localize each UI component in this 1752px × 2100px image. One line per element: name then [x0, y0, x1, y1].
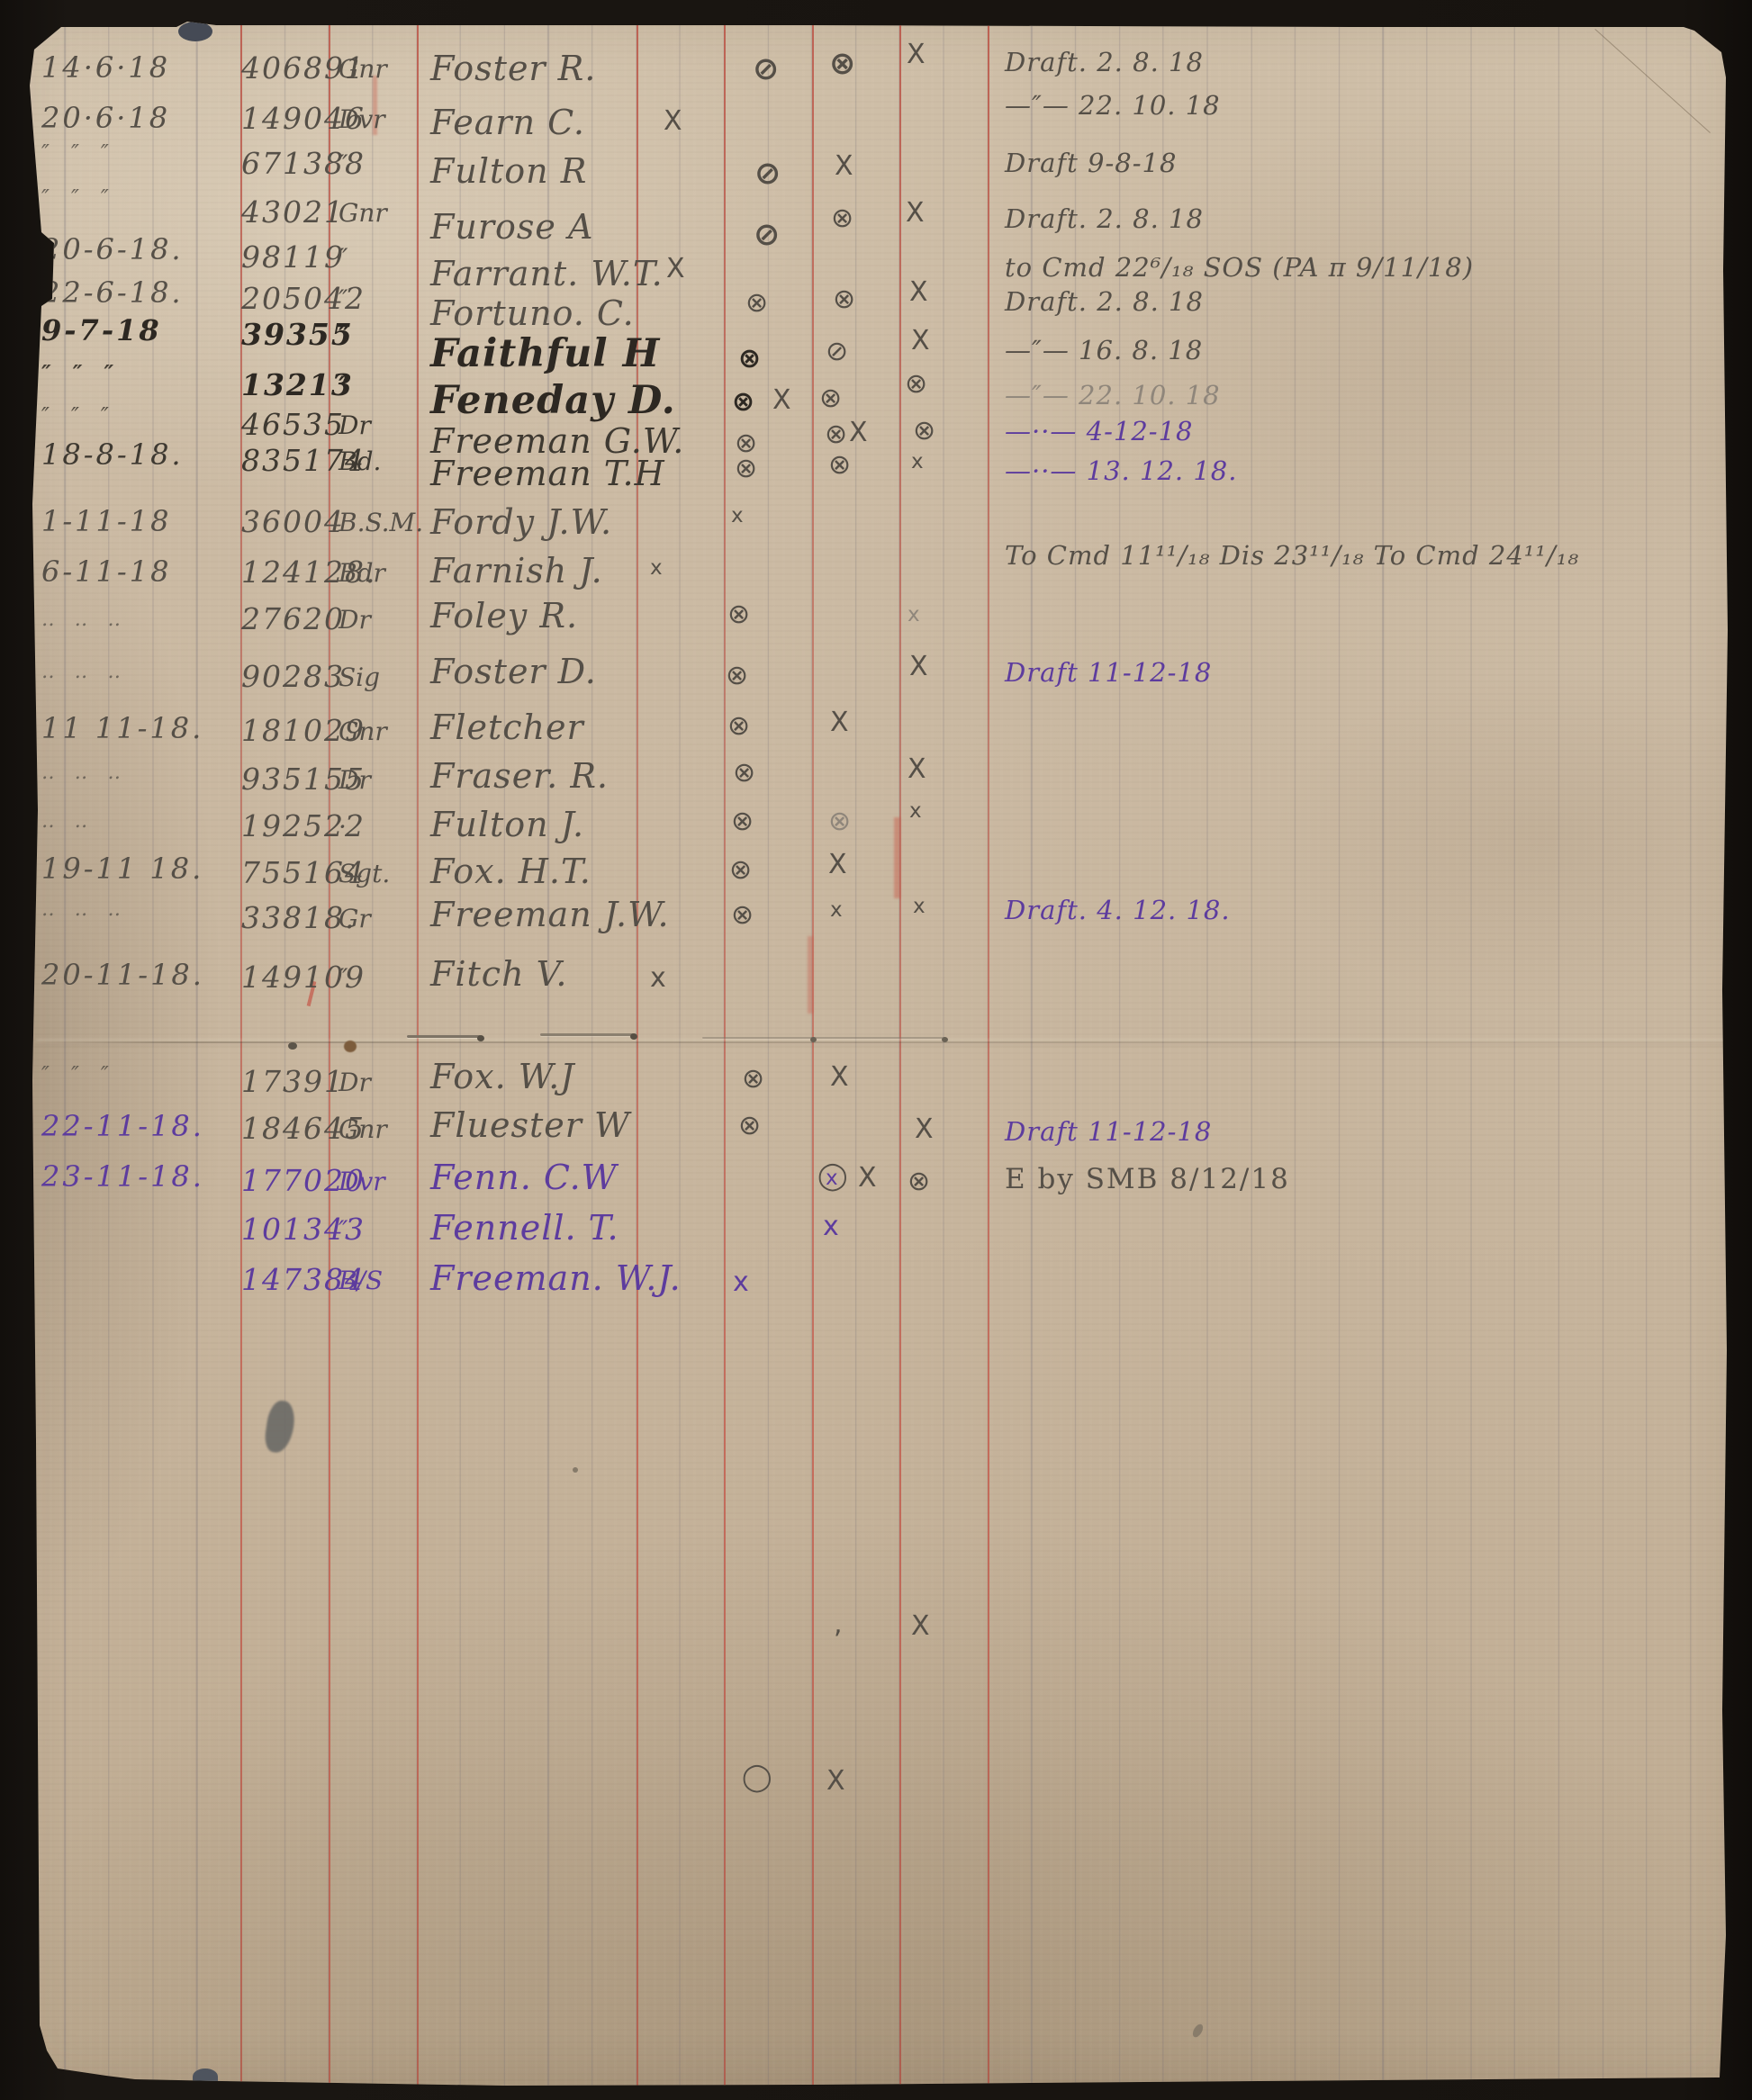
- check-mark: ⊗: [731, 808, 754, 835]
- date-cell: 14·6·18: [41, 50, 170, 85]
- check-mark: X: [830, 1064, 849, 1091]
- check-mark: X: [906, 200, 925, 227]
- check-mark: ⊗: [913, 418, 935, 445]
- name-cell: Fortuno. C.: [430, 293, 635, 333]
- check-mark: X: [911, 328, 930, 355]
- date-cell: 20-11-18.: [41, 958, 204, 992]
- rank-cell: Bdr: [339, 558, 385, 588]
- remark-cell: —··— 13. 12. 18.: [1005, 455, 1237, 486]
- rank-cell: Dr: [339, 765, 371, 795]
- name-cell: Fraser. R.: [430, 756, 609, 796]
- remark-cell: —″— 22. 10. 18: [1005, 380, 1221, 410]
- paper-speck: [573, 1467, 578, 1473]
- staple-scratch: [702, 1037, 945, 1039]
- date-cell: ″ ″ ″: [41, 403, 109, 428]
- name-cell: Farrant. W.T.: [430, 254, 664, 293]
- check-mark: X: [907, 41, 926, 68]
- check-mark: ⊗: [828, 808, 851, 835]
- remark-cell: Draft 11-12-18: [1005, 657, 1212, 688]
- check-mark: ⊗: [738, 346, 761, 373]
- check-mark: x: [911, 452, 924, 473]
- staple-speck: [810, 1037, 817, 1042]
- service-number-cell: 39355: [241, 317, 354, 352]
- date-cell: 23-11-18.: [41, 1159, 204, 1194]
- check-mark: ⊗: [828, 452, 851, 479]
- date-cell: ‥ ‥ ‥: [41, 661, 121, 683]
- check-mark: ⊗: [729, 857, 752, 884]
- rank-cell: ″: [339, 284, 348, 314]
- service-number-cell: 27620: [241, 601, 345, 636]
- remark-cell: E by SMB 8/12/18: [1005, 1163, 1290, 1195]
- name-cell: Fox. W.J: [430, 1057, 574, 1096]
- rank-cell: Dvr: [339, 104, 385, 134]
- name-cell: Fluester W: [430, 1105, 630, 1145]
- check-mark: x: [826, 1168, 838, 1189]
- check-mark: ⊘: [754, 158, 781, 190]
- name-cell: Fox. H.T.: [430, 852, 592, 891]
- scanned-ledger-page: 14·6·18406891GnrFoster R.Draft. 2. 8. 18…: [0, 0, 1752, 2100]
- check-mark: X: [908, 756, 926, 783]
- check-mark: ⊗: [738, 1113, 761, 1140]
- check-mark: X: [664, 108, 682, 135]
- remark-cell: —″— 16. 8. 18: [1005, 335, 1203, 365]
- check-mark: ⊗: [819, 385, 842, 412]
- remark-cell: Draft. 2. 8. 18: [1005, 286, 1204, 317]
- staple-speck: [477, 1035, 484, 1041]
- check-mark: x: [909, 801, 922, 822]
- check-mark: X: [858, 1165, 877, 1192]
- rank-cell: Gnr: [339, 198, 387, 228]
- staple-wire: [540, 1033, 634, 1036]
- remark-cell: Draft. 4. 12. 18.: [1005, 895, 1231, 925]
- rank-cell: ″: [339, 1215, 348, 1245]
- staple-speck: [942, 1037, 948, 1042]
- rank-cell: Dvr: [339, 1167, 385, 1196]
- check-mark: ⊗: [745, 290, 768, 317]
- service-number-cell: 17391: [241, 1064, 345, 1099]
- service-number-cell: 13213: [241, 367, 354, 402]
- check-mark: ⊗: [731, 902, 754, 929]
- remark-cell: Draft 11-12-18: [1005, 1116, 1212, 1147]
- red-ink-stain: [894, 817, 900, 898]
- check-mark: ⊘: [826, 338, 848, 365]
- service-number-cell: 90283: [241, 659, 345, 694]
- red-column-rule: [812, 25, 814, 2086]
- name-cell: Farnish J.: [430, 551, 603, 590]
- check-mark: x: [731, 506, 744, 527]
- name-cell: Freeman J.W.: [430, 895, 670, 934]
- name-cell: Furose A: [430, 207, 593, 247]
- date-cell: ″ ″ ″: [41, 1062, 109, 1087]
- name-cell: Foster D.: [430, 652, 597, 691]
- rank-cell: Gnr: [339, 717, 387, 746]
- name-cell: Fordy J.W.: [430, 502, 612, 542]
- rank-cell: Sig: [339, 662, 380, 692]
- stray-mark: ,: [834, 1611, 843, 1638]
- name-cell: Fletcher: [430, 708, 584, 747]
- remark-cell: To Cmd 11¹¹/₁₈ Dis 23¹¹/₁₈ To Cmd 24¹¹/₁…: [1005, 540, 1579, 571]
- staple-speck: [288, 1042, 297, 1050]
- remark-cell: —″— 22. 10. 18: [1005, 90, 1221, 121]
- date-cell: ″ ″ ″: [41, 140, 109, 166]
- check-mark: ⊗: [727, 601, 750, 628]
- check-mark: x: [733, 1269, 749, 1296]
- check-mark: ⊘: [753, 54, 779, 86]
- check-mark: ⊗: [831, 205, 853, 232]
- date-cell: 11 11-18.: [41, 711, 203, 745]
- ink-blot-bottom-edge: [193, 2068, 218, 2085]
- check-mark: ⊗: [905, 371, 927, 398]
- name-cell: Foster R.: [430, 49, 596, 88]
- service-number-cell: 43021: [241, 194, 345, 230]
- date-cell: 19-11 18.: [41, 852, 203, 886]
- check-mark: ⊗: [833, 286, 855, 313]
- date-cell: ″ ″ ″: [41, 185, 109, 211]
- check-mark: X: [909, 279, 928, 306]
- date-cell: ‥ ‥ ‥: [41, 898, 121, 921]
- rank-cell: B.S.M.: [339, 508, 423, 537]
- check-mark: X: [849, 419, 868, 446]
- rank-cell: Dr: [339, 1068, 371, 1097]
- date-cell: 22-6-18.: [41, 275, 184, 310]
- staple-speck: [630, 1033, 637, 1040]
- check-mark: X: [666, 256, 685, 283]
- check-mark: ⊗: [742, 1066, 764, 1093]
- name-cell: Freeman. W.J.: [430, 1258, 682, 1298]
- rust-hole: [344, 1041, 357, 1052]
- date-cell: 1-11-18: [41, 504, 171, 538]
- rank-cell: ″: [339, 243, 348, 273]
- rank-cell: B/S: [339, 1266, 383, 1295]
- date-cell: 22-11-18.: [41, 1109, 204, 1143]
- rank-cell: Gnr: [339, 54, 387, 84]
- rank-cell: Gr: [339, 904, 371, 933]
- check-mark: ⊗: [735, 455, 757, 482]
- red-ink-stain: [808, 936, 813, 1014]
- check-mark: ⊘: [754, 220, 780, 251]
- check-mark: X: [772, 387, 791, 414]
- check-mark: X: [909, 653, 928, 680]
- remark-cell: Draft 9-8-18: [1005, 148, 1177, 178]
- name-cell: Faithful H: [430, 331, 660, 376]
- rank-cell: Dr: [339, 605, 371, 635]
- check-mark: ⊗: [727, 713, 750, 740]
- name-cell: Freeman T.H: [430, 454, 665, 493]
- check-mark: X: [835, 153, 853, 180]
- rank-cell: ″: [339, 320, 350, 350]
- date-cell: ″ ″ ″: [41, 360, 113, 386]
- date-cell: 20-6-18.: [41, 232, 184, 266]
- stray-mark: ◯: [742, 1764, 772, 1791]
- remark-cell: Draft. 2. 8. 18: [1005, 203, 1204, 234]
- date-cell: 18-8-18.: [41, 437, 184, 472]
- check-mark: ⊗: [908, 1168, 930, 1195]
- rank-cell: Bd.: [339, 446, 381, 476]
- check-mark: x: [913, 897, 926, 917]
- check-mark: ⊗: [732, 389, 754, 416]
- red-column-rule: [988, 25, 989, 2086]
- rank-cell: ″: [339, 963, 348, 993]
- date-cell: 20·6·18: [41, 101, 170, 135]
- paper-sheet: 14·6·18406891GnrFoster R.Draft. 2. 8. 18…: [0, 0, 1752, 2100]
- check-mark: x: [823, 1213, 839, 1240]
- rank-cell: Dr: [339, 410, 371, 440]
- red-column-rule: [724, 25, 726, 2086]
- ink-blot-top: [178, 22, 212, 41]
- name-cell: Fulton J.: [430, 805, 584, 844]
- date-cell: ‥ ‥ ‥: [41, 608, 121, 631]
- rank-cell: ″: [339, 371, 350, 401]
- date-cell: 6-11-18: [41, 554, 171, 589]
- name-cell: Fitch V.: [430, 954, 568, 994]
- stray-mark: X: [826, 1768, 845, 1795]
- date-cell: ‥ ‥: [41, 810, 87, 833]
- name-cell: Fennell. T.: [430, 1208, 619, 1248]
- rank-cell: Sgt.: [339, 859, 390, 888]
- check-mark: x: [650, 965, 666, 992]
- staple-wire: [407, 1035, 481, 1038]
- remark-cell: Draft. 2. 8. 18: [1005, 47, 1204, 77]
- red-column-rule: [417, 25, 419, 2086]
- check-mark: x: [908, 605, 920, 626]
- red-column-rule: [899, 25, 901, 2086]
- check-mark: x: [830, 900, 843, 921]
- name-cell: Feneday D.: [430, 378, 676, 423]
- check-mark: X: [830, 709, 849, 736]
- date-cell: 9-7-18: [41, 313, 162, 347]
- service-number-cell: 46535: [241, 407, 345, 442]
- check-mark: ⊗: [726, 662, 748, 689]
- remark-cell: —··— 4-12-18: [1005, 416, 1194, 446]
- name-cell: Fulton R: [430, 151, 587, 191]
- remark-cell: to Cmd 22⁶/₁₈ SOS (PA π 9/11/18): [1005, 252, 1474, 283]
- name-cell: Fenn. C.W: [430, 1158, 618, 1197]
- check-mark: ⊗: [733, 760, 755, 787]
- name-cell: Fearn C.: [430, 103, 585, 142]
- check-mark: ⊗: [825, 421, 847, 448]
- name-cell: Foley R.: [430, 596, 578, 635]
- rank-cell: Gnr: [339, 1114, 387, 1144]
- service-number-cell: 98119: [241, 239, 345, 275]
- check-mark: X: [915, 1116, 934, 1143]
- stray-mark: X: [911, 1613, 930, 1640]
- check-mark: ⊗: [829, 49, 855, 80]
- check-mark: X: [828, 852, 847, 879]
- service-number-cell: 36004: [241, 504, 345, 539]
- service-number-cell: 192522: [241, 808, 366, 843]
- date-cell: ‥ ‥ ‥: [41, 762, 121, 784]
- check-mark: x: [650, 558, 663, 579]
- rank-cell: ″: [339, 149, 348, 179]
- rank-cell: ·: [339, 812, 347, 842]
